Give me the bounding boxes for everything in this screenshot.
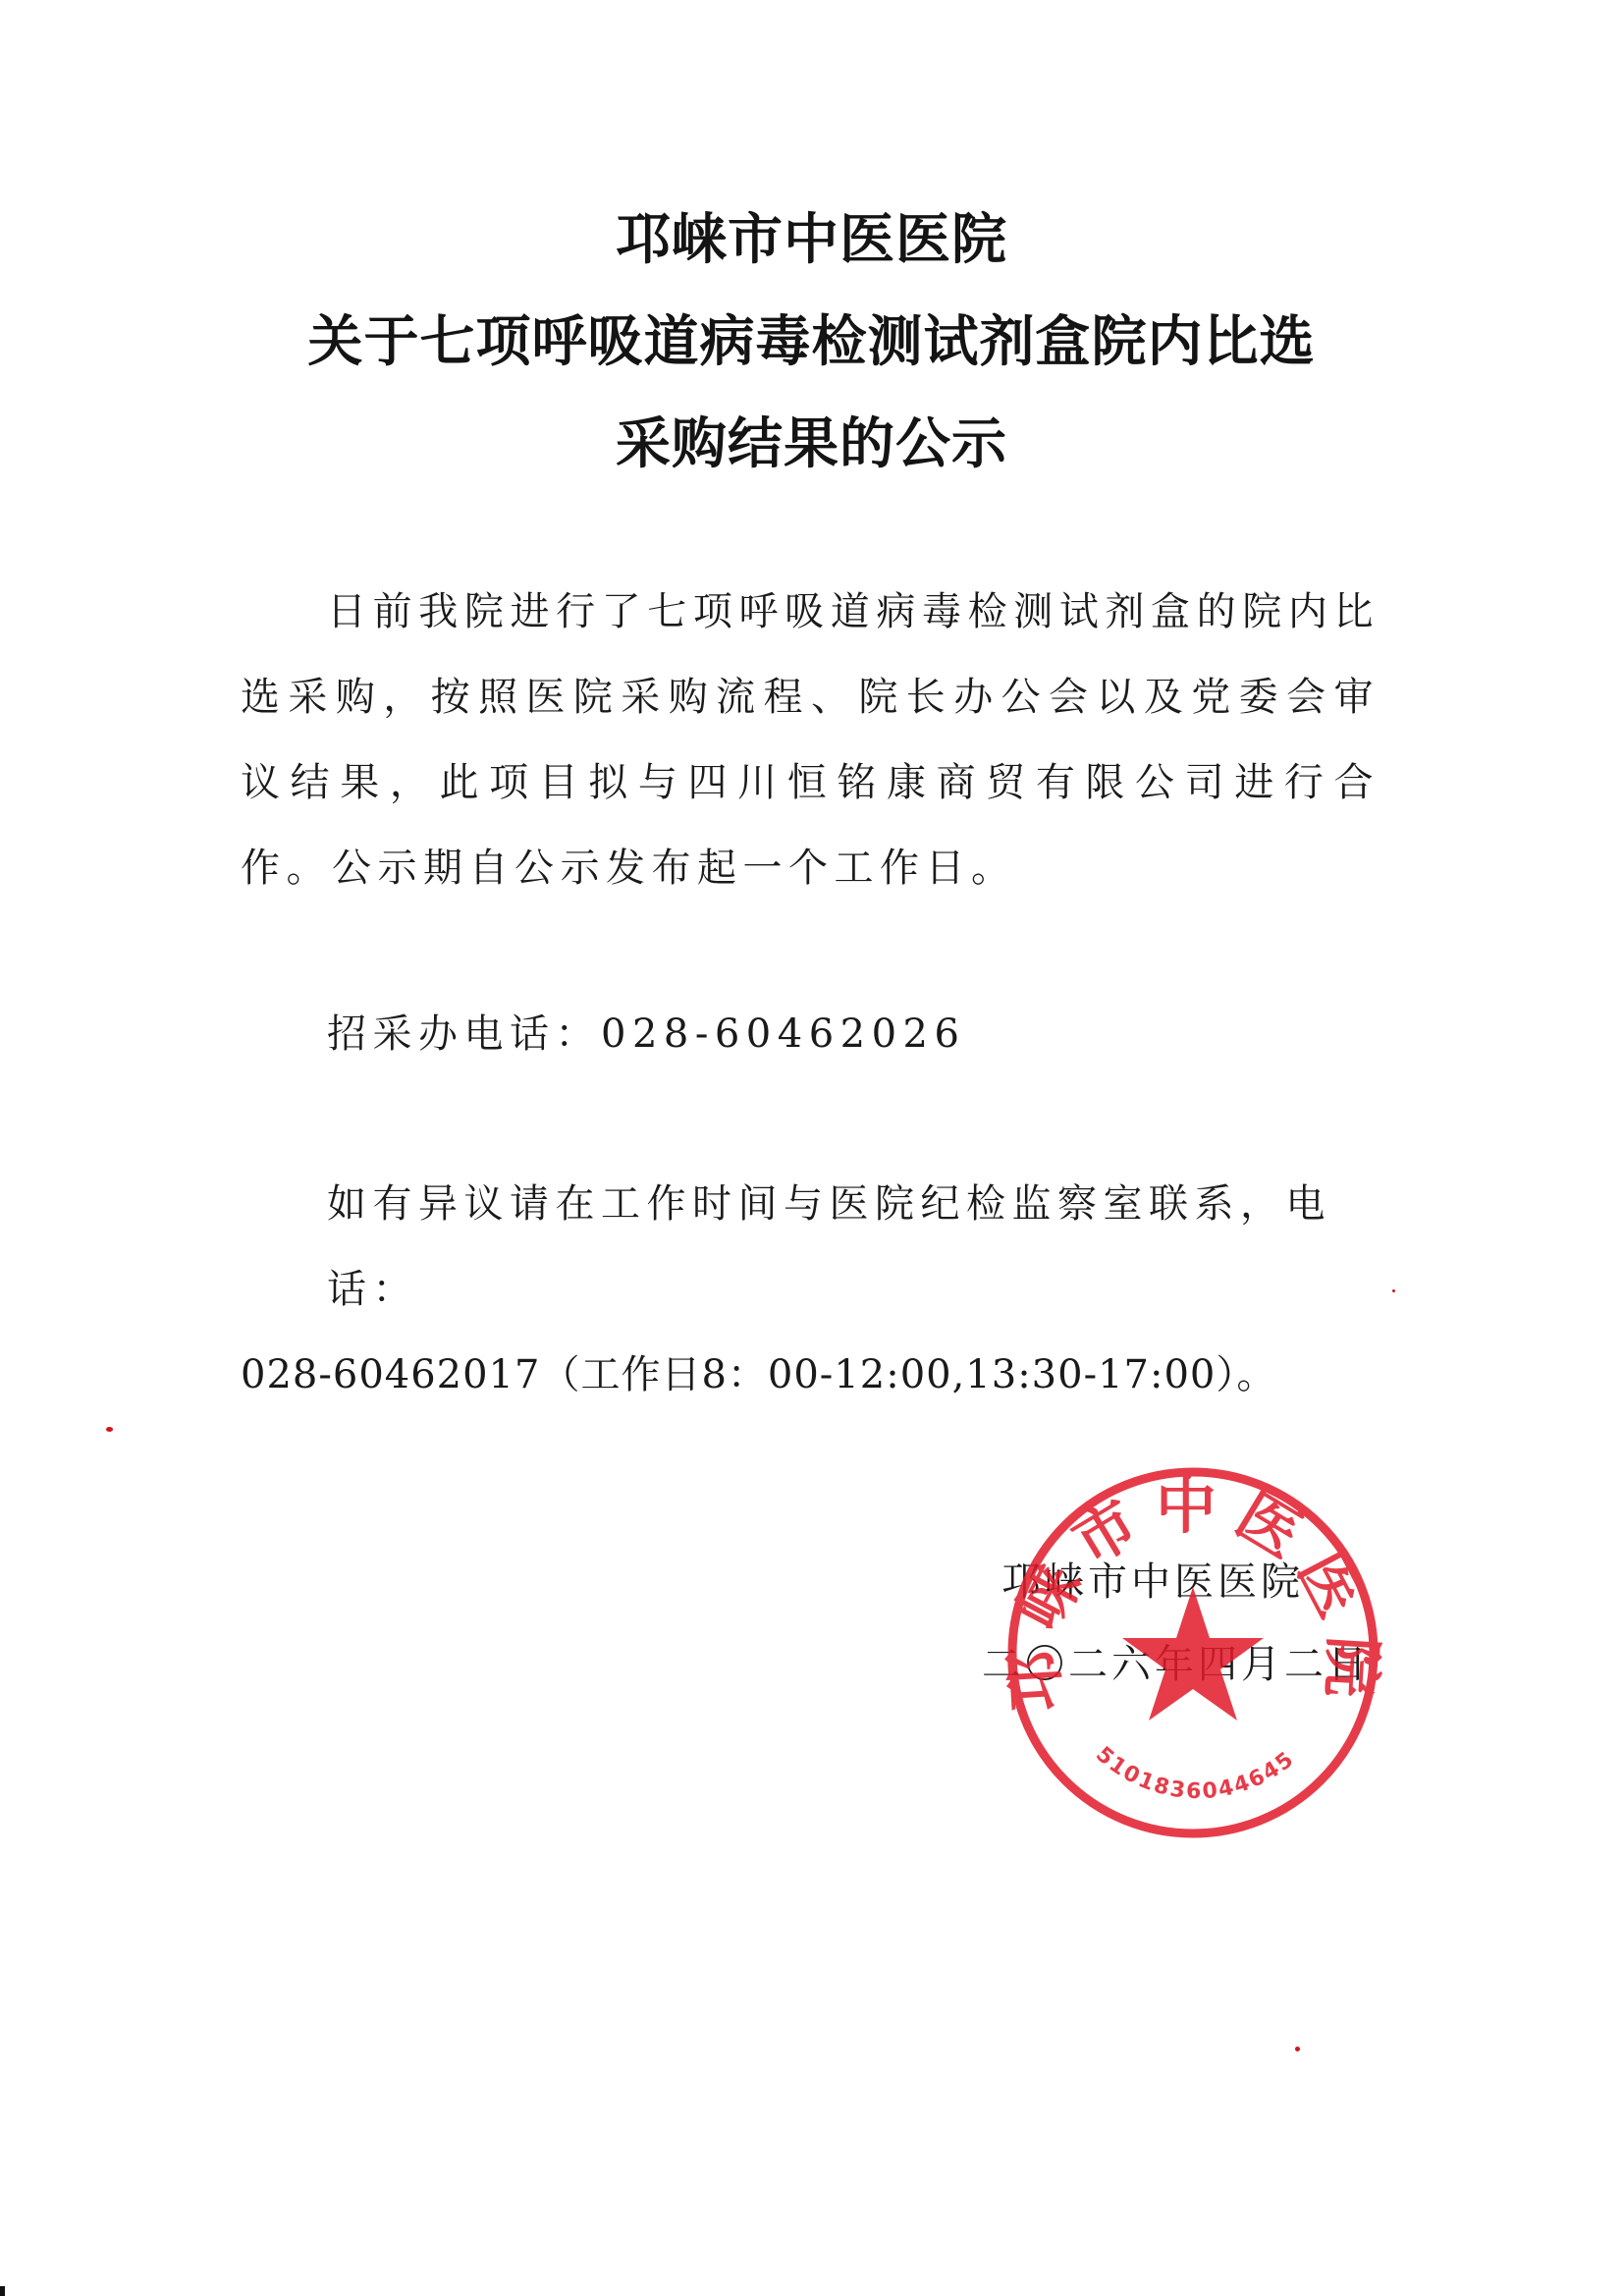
seal-star-icon [1122, 1587, 1264, 1721]
svg-text:5101836044645: 5101836044645 [1091, 1742, 1300, 1804]
body-paragraph-1: 日前我院进行了七项呼吸道病毒检测试剂盒的院内比选采购，按照医院采购流程、院长办公… [241, 570, 1380, 911]
red-ink-speck [1392, 1289, 1395, 1292]
seal-code: 5101836044645 [1091, 1742, 1300, 1804]
scan-edge-mark [0, 2286, 5, 2296]
title-line-2: 关于七项呼吸道病毒检测试剂盒院内比选 [0, 310, 1623, 373]
objection-contact-line-2: 028-60462017（工作日8：00-12:00,13:30-17:00）。 [241, 1333, 1380, 1418]
official-seal-stamp-icon: 邛崃市中医医院 5101836044645 [1001, 1461, 1384, 1844]
objection-contact-line-1: 如有异议请在工作时间与医院纪检监察室联系，电话： [241, 1162, 1380, 1333]
body-paragraph-objection-contact: 如有异议请在工作时间与医院纪检监察室联系，电话： 028-60462017（工作… [241, 1162, 1380, 1418]
title-line-1: 邛崃市中医医院 [0, 208, 1623, 271]
red-ink-speck [106, 1427, 113, 1432]
red-ink-speck [1295, 2047, 1300, 2051]
title-line-3: 采购结果的公示 [0, 412, 1623, 475]
body-paragraph-procurement-phone: 招采办电话：028-60462026 [241, 992, 1380, 1077]
